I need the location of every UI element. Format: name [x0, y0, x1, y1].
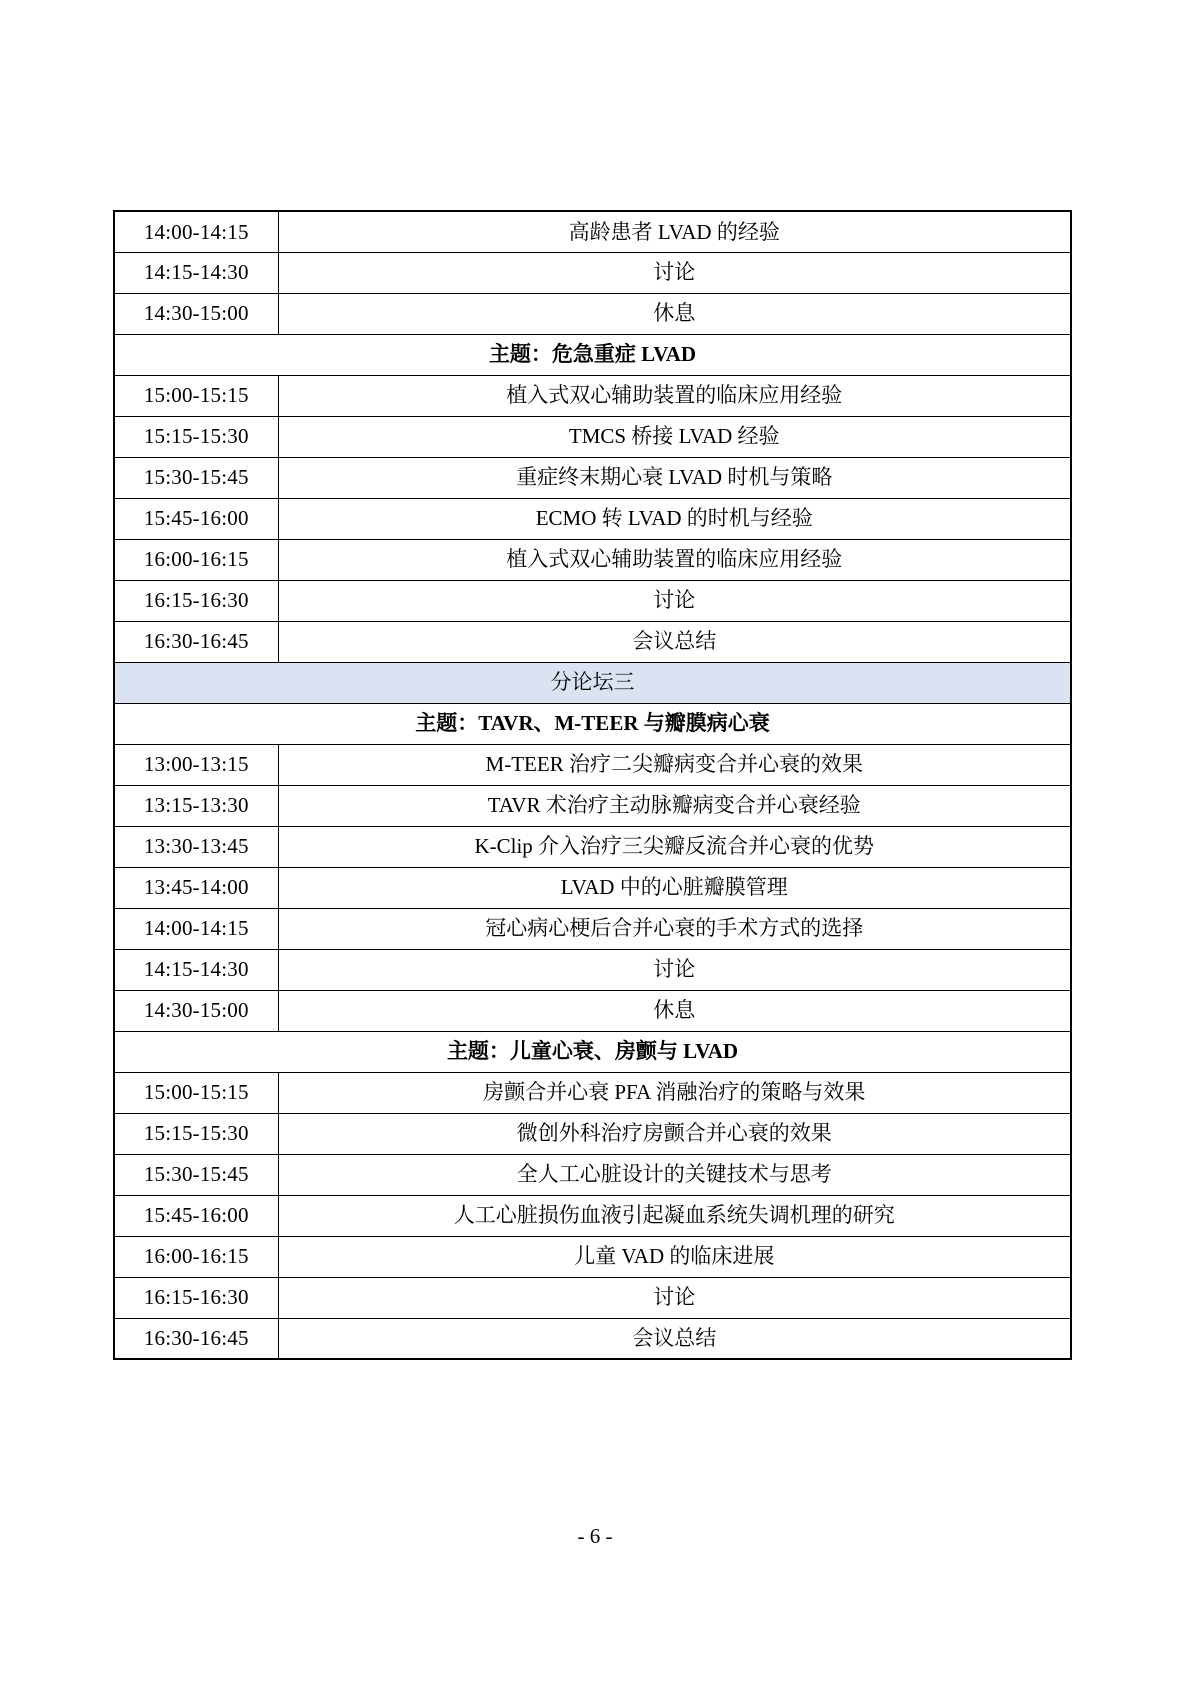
- session-title-cell: 讨论: [278, 1277, 1071, 1318]
- session-time-cell: 14:30-15:00: [114, 293, 278, 334]
- session-time-cell: 14:00-14:15: [114, 211, 278, 252]
- schedule-session-row: 14:30-15:00 休息: [114, 990, 1071, 1031]
- document-page: 14:00-14:15 高龄患者 LVAD 的经验 14:15-14:30 讨论…: [0, 0, 1190, 1684]
- schedule-session-row: 14:30-15:00 休息: [114, 293, 1071, 334]
- schedule-session-row: 16:00-16:15 植入式双心辅助装置的临床应用经验: [114, 539, 1071, 580]
- session-time-cell: 15:30-15:45: [114, 457, 278, 498]
- session-title-cell: LVAD 中的心脏瓣膜管理: [278, 867, 1071, 908]
- session-time-cell: 15:45-16:00: [114, 498, 278, 539]
- session-title-cell: 会议总结: [278, 621, 1071, 662]
- schedule-session-row: 15:15-15:30 TMCS 桥接 LVAD 经验: [114, 416, 1071, 457]
- schedule-session-row: 14:15-14:30 讨论: [114, 252, 1071, 293]
- session-time-cell: 13:15-13:30: [114, 785, 278, 826]
- session-title-cell: 植入式双心辅助装置的临床应用经验: [278, 375, 1071, 416]
- theme-title-cell: 主题：儿童心衰、房颤与 LVAD: [114, 1031, 1071, 1072]
- session-time-cell: 16:00-16:15: [114, 1236, 278, 1277]
- session-title-cell: TAVR 术治疗主动脉瓣病变合并心衰经验: [278, 785, 1071, 826]
- schedule-session-row: 15:30-15:45 重症终末期心衰 LVAD 时机与策略: [114, 457, 1071, 498]
- schedule-section-row: 主题：儿童心衰、房颤与 LVAD: [114, 1031, 1071, 1072]
- schedule-session-row: 15:00-15:15 植入式双心辅助装置的临床应用经验: [114, 375, 1071, 416]
- session-title-cell: ECMO 转 LVAD 的时机与经验: [278, 498, 1071, 539]
- session-title-cell: TMCS 桥接 LVAD 经验: [278, 416, 1071, 457]
- schedule-session-row: 16:00-16:15 儿童 VAD 的临床进展: [114, 1236, 1071, 1277]
- session-title-cell: 讨论: [278, 949, 1071, 990]
- session-title-cell: 休息: [278, 293, 1071, 334]
- conference-schedule-table: 14:00-14:15 高龄患者 LVAD 的经验 14:15-14:30 讨论…: [113, 210, 1072, 1360]
- session-time-cell: 14:00-14:15: [114, 908, 278, 949]
- schedule-session-row: 15:15-15:30 微创外科治疗房颤合并心衰的效果: [114, 1113, 1071, 1154]
- session-title-cell: 重症终末期心衰 LVAD 时机与策略: [278, 457, 1071, 498]
- session-time-cell: 15:30-15:45: [114, 1154, 278, 1195]
- session-time-cell: 13:45-14:00: [114, 867, 278, 908]
- schedule-session-row: 15:00-15:15 房颤合并心衰 PFA 消融治疗的策略与效果: [114, 1072, 1071, 1113]
- page-number: - 6 -: [0, 1524, 1190, 1549]
- session-title-cell: 会议总结: [278, 1318, 1071, 1359]
- schedule-session-row: 16:30-16:45 会议总结: [114, 621, 1071, 662]
- session-time-cell: 15:00-15:15: [114, 1072, 278, 1113]
- session-title-cell: 全人工心脏设计的关键技术与思考: [278, 1154, 1071, 1195]
- session-title-cell: 讨论: [278, 580, 1071, 621]
- session-time-cell: 14:15-14:30: [114, 252, 278, 293]
- schedule-session-row: 14:00-14:15 高龄患者 LVAD 的经验: [114, 211, 1071, 252]
- session-time-cell: 15:15-15:30: [114, 416, 278, 457]
- schedule-session-row: 13:45-14:00 LVAD 中的心脏瓣膜管理: [114, 867, 1071, 908]
- session-title-cell: 人工心脏损伤血液引起凝血系统失调机理的研究: [278, 1195, 1071, 1236]
- session-time-cell: 14:15-14:30: [114, 949, 278, 990]
- theme-title-cell: 主题：危急重症 LVAD: [114, 334, 1071, 375]
- session-title-cell: M-TEER 治疗二尖瓣病变合并心衰的效果: [278, 744, 1071, 785]
- session-title-cell: 植入式双心辅助装置的临床应用经验: [278, 539, 1071, 580]
- session-title-cell: 微创外科治疗房颤合并心衰的效果: [278, 1113, 1071, 1154]
- session-time-cell: 14:30-15:00: [114, 990, 278, 1031]
- schedule-section-row: 分论坛三: [114, 662, 1071, 703]
- session-time-cell: 16:15-16:30: [114, 1277, 278, 1318]
- schedule-session-row: 13:15-13:30 TAVR 术治疗主动脉瓣病变合并心衰经验: [114, 785, 1071, 826]
- schedule-session-row: 13:00-13:15 M-TEER 治疗二尖瓣病变合并心衰的效果: [114, 744, 1071, 785]
- session-time-cell: 16:00-16:15: [114, 539, 278, 580]
- schedule-session-row: 16:15-16:30 讨论: [114, 1277, 1071, 1318]
- theme-title-cell: 主题：TAVR、M-TEER 与瓣膜病心衰: [114, 703, 1071, 744]
- schedule-session-row: 16:15-16:30 讨论: [114, 580, 1071, 621]
- schedule-session-row: 15:30-15:45 全人工心脏设计的关键技术与思考: [114, 1154, 1071, 1195]
- session-title-cell: 儿童 VAD 的临床进展: [278, 1236, 1071, 1277]
- session-time-cell: 13:30-13:45: [114, 826, 278, 867]
- session-title-cell: 高龄患者 LVAD 的经验: [278, 211, 1071, 252]
- session-time-cell: 15:45-16:00: [114, 1195, 278, 1236]
- schedule-session-row: 15:45-16:00 ECMO 转 LVAD 的时机与经验: [114, 498, 1071, 539]
- session-title-cell: 休息: [278, 990, 1071, 1031]
- session-title-cell: 房颤合并心衰 PFA 消融治疗的策略与效果: [278, 1072, 1071, 1113]
- session-time-cell: 15:00-15:15: [114, 375, 278, 416]
- schedule-rows: 14:00-14:15 高龄患者 LVAD 的经验 14:15-14:30 讨论…: [114, 211, 1071, 1359]
- session-time-cell: 15:15-15:30: [114, 1113, 278, 1154]
- schedule-section-row: 主题：TAVR、M-TEER 与瓣膜病心衰: [114, 703, 1071, 744]
- schedule-session-row: 14:15-14:30 讨论: [114, 949, 1071, 990]
- session-title-cell: K-Clip 介入治疗三尖瓣反流合并心衰的优势: [278, 826, 1071, 867]
- schedule-session-row: 15:45-16:00 人工心脏损伤血液引起凝血系统失调机理的研究: [114, 1195, 1071, 1236]
- schedule-section-row: 主题：危急重症 LVAD: [114, 334, 1071, 375]
- session-title-cell: 冠心病心梗后合并心衰的手术方式的选择: [278, 908, 1071, 949]
- session-time-cell: 16:30-16:45: [114, 1318, 278, 1359]
- schedule-session-row: 14:00-14:15 冠心病心梗后合并心衰的手术方式的选择: [114, 908, 1071, 949]
- session-time-cell: 16:15-16:30: [114, 580, 278, 621]
- schedule-session-row: 16:30-16:45 会议总结: [114, 1318, 1071, 1359]
- session-time-cell: 16:30-16:45: [114, 621, 278, 662]
- session-title-cell: 讨论: [278, 252, 1071, 293]
- forum-title-cell: 分论坛三: [114, 662, 1071, 703]
- schedule-session-row: 13:30-13:45 K-Clip 介入治疗三尖瓣反流合并心衰的优势: [114, 826, 1071, 867]
- session-time-cell: 13:00-13:15: [114, 744, 278, 785]
